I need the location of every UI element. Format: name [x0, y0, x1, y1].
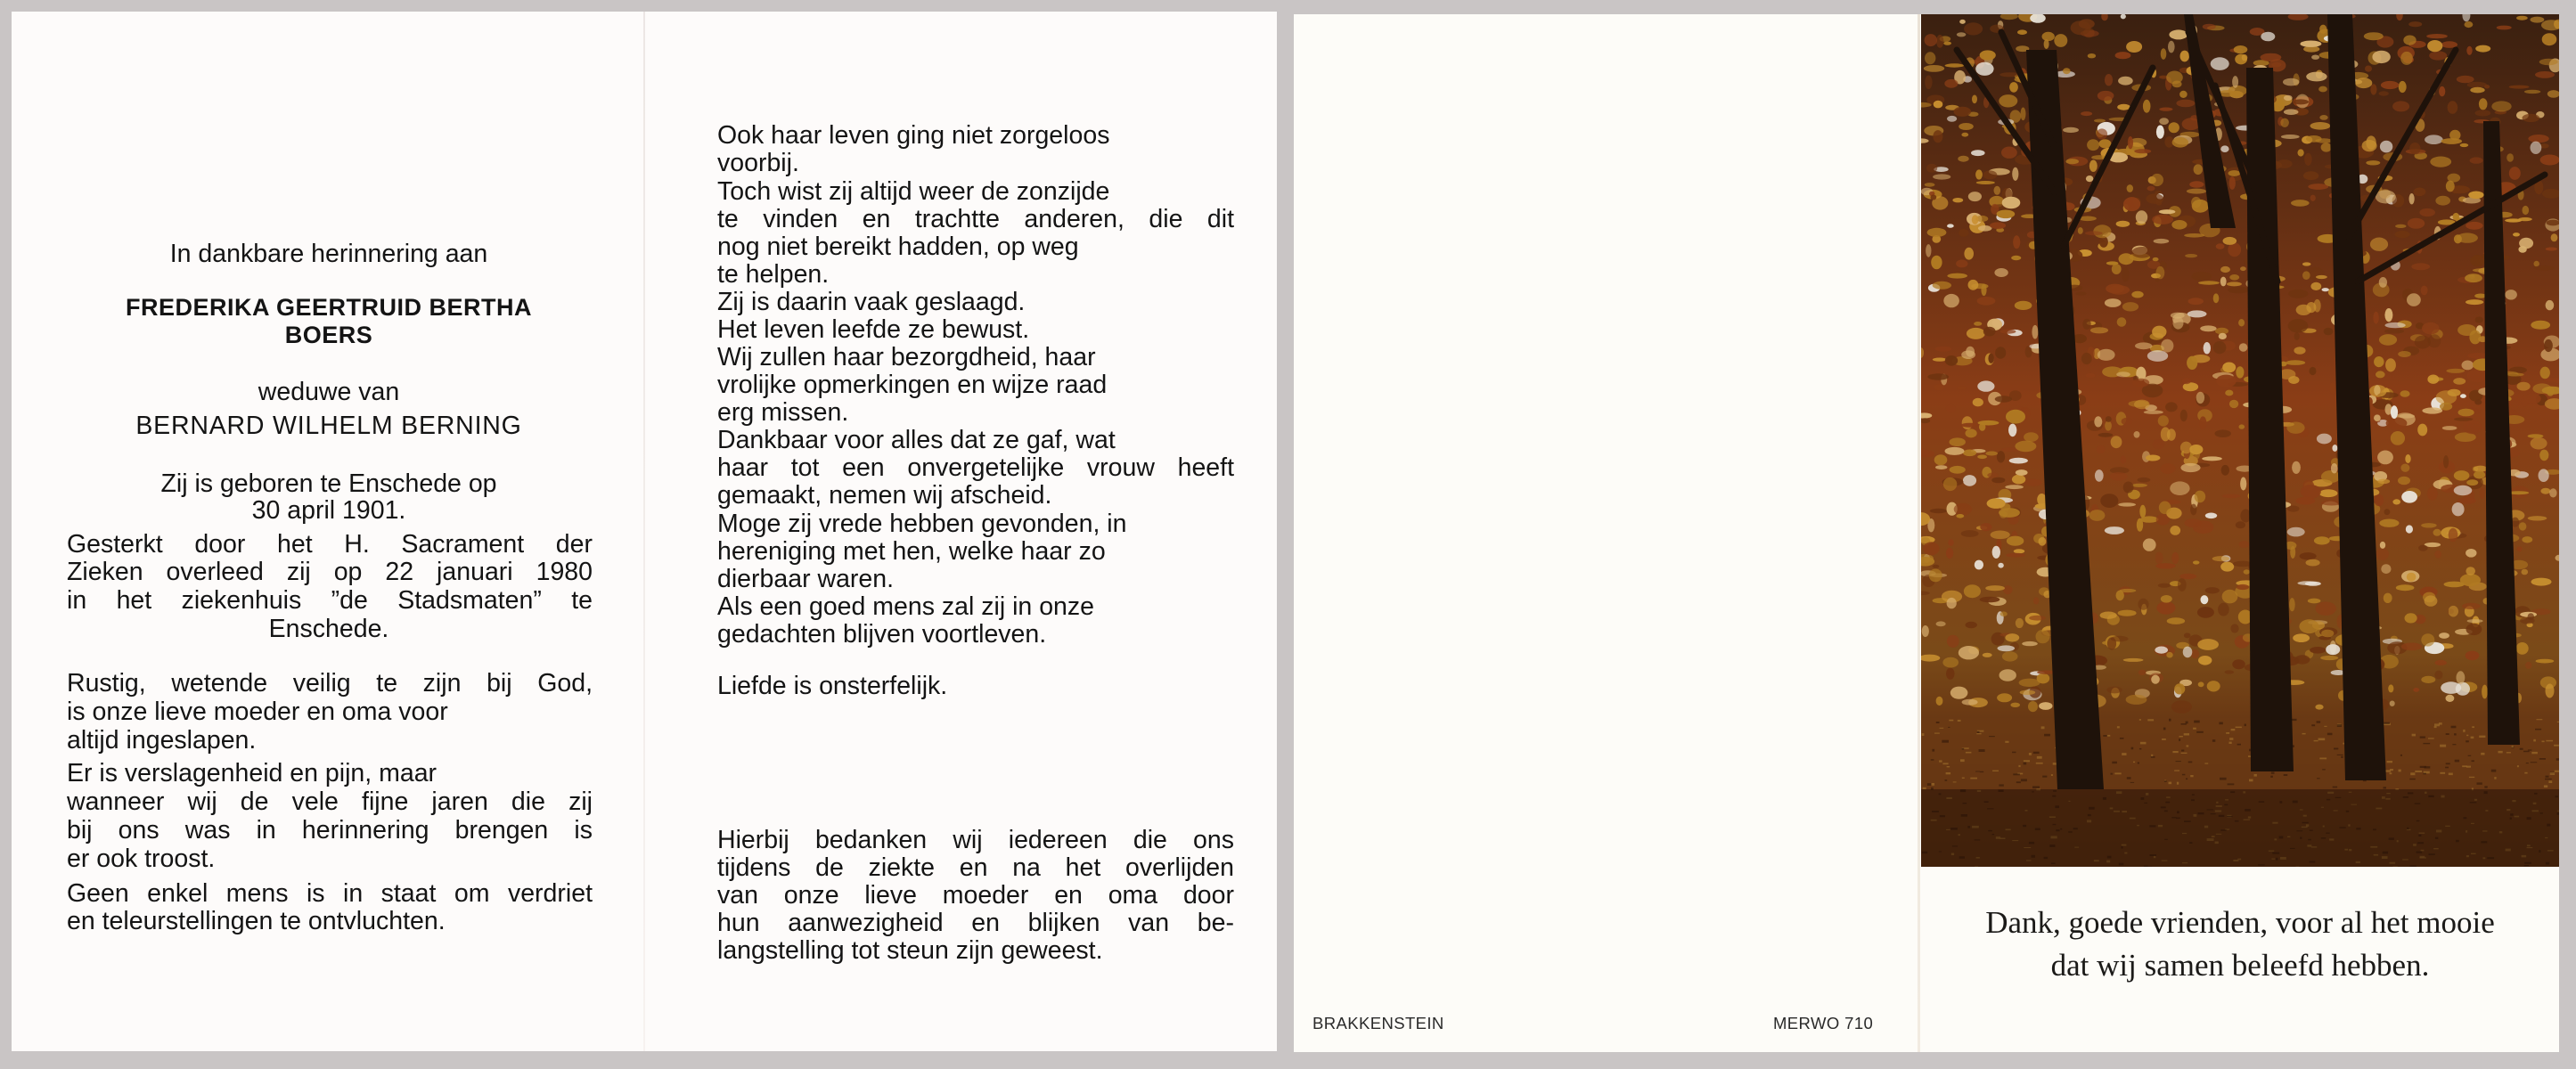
- death-line: Zieken overleed zij op 22 januari 1980: [67, 558, 593, 586]
- tribute-line: gedachten blijven voortleven.: [717, 620, 1046, 649]
- spouse-name: BERNARD WILHELM BERNING: [67, 412, 591, 440]
- closing-line: Geen enkel mens is in staat om verdriet: [67, 879, 593, 908]
- tribute-line: voorbij.: [717, 149, 799, 177]
- tribute-line: Ook haar leven ging niet zorgeloos: [717, 121, 1109, 150]
- tribute-line: nog niet bereikt hadden, op weg: [717, 233, 1079, 261]
- caption-line-1: Dank, goede vrienden, voor al het mooie: [1921, 903, 2559, 943]
- tribute-line: haar tot een onvergetelijke vrouw heeft: [717, 453, 1234, 482]
- grief-line: er ook troost.: [67, 845, 215, 873]
- rest-line: is onze lieve moeder en oma voor: [67, 698, 448, 726]
- autumn-forest-photo: [1921, 14, 2559, 867]
- closing-line: en teleurstellingen te ontvluchten.: [67, 907, 446, 935]
- death-line: in het ziekenhuis ”de Stadsmaten” te: [67, 586, 593, 615]
- birth-line-1: Zij is geboren te Enschede op: [67, 469, 591, 498]
- tribute-line: te vinden en trachtte anderen, die dit: [717, 205, 1234, 233]
- tribute-line: gemaakt, nemen wij afscheid.: [717, 481, 1051, 510]
- forest-image: [1921, 14, 2559, 867]
- thanks-line: hun aanwezigheid en blijken van be-: [717, 909, 1234, 937]
- thanks-line: Hierbij bedanken wij iedereen die ons: [717, 826, 1234, 854]
- series-code-label: MERWO 710: [1773, 1014, 1873, 1033]
- death-line: Enschede.: [67, 615, 591, 643]
- tribute-line: Het leven leefde ze bewust.: [717, 315, 1029, 344]
- tribute-line: hereniging met hen, welke haar zo: [717, 537, 1106, 566]
- deceased-name-line-2: BOERS: [67, 321, 591, 349]
- memorial-card-outside: BRAKKENSTEIN MERWO 710 Dank, goede vrien…: [1294, 14, 2559, 1052]
- thanks-line: langstelling tot steun zijn geweest.: [717, 936, 1103, 965]
- tribute-line: dierbaar waren.: [717, 565, 894, 593]
- fold-line: [1918, 14, 1920, 1052]
- grief-line: Er is verslagenheid en pijn, maar: [67, 759, 437, 787]
- tribute-line: Moge zij vrede hebben gevonden, in: [717, 510, 1127, 538]
- deceased-name-line-1: FREDERIKA GEERTRUID BERTHA: [67, 293, 591, 322]
- tribute-line: Wij zullen haar bezorgdheid, haar: [717, 343, 1096, 371]
- tribute-line: Als een goed mens zal zij in onze: [717, 592, 1094, 621]
- memorial-card-inside: In dankbare herinnering aan FREDERIKA GE…: [12, 12, 1277, 1051]
- rest-line: Rustig, wetende veilig te zijn bij God,: [67, 669, 593, 698]
- birth-date: 30 april 1901.: [67, 496, 591, 525]
- tribute-line: Zij is daarin vaak geslaagd.: [717, 288, 1025, 316]
- tribute-line: Toch wist zij altijd weer de zonzijde: [717, 177, 1109, 206]
- thanks-line: tijdens de ziekte en na het overlijden: [717, 853, 1234, 882]
- grief-line: wanneer wij de vele fijne jaren die zij: [67, 787, 593, 816]
- tribute-line: te helpen.: [717, 260, 829, 289]
- death-line: Gesterkt door het H. Sacrament der: [67, 530, 593, 559]
- widow-of-label: weduwe van: [67, 378, 591, 406]
- fold-line: [643, 12, 645, 1051]
- publisher-label: BRAKKENSTEIN: [1313, 1014, 1444, 1033]
- intro-text: In dankbare herinnering aan: [67, 240, 591, 268]
- caption-line-2: dat wij samen beleefd hebben.: [1921, 946, 2559, 985]
- tribute-line: Dankbaar voor alles dat ze gaf, wat: [717, 426, 1116, 454]
- motto: Liefde is onsterfelijk.: [717, 672, 947, 700]
- grief-line: bij ons was in herinnering brengen is: [67, 816, 593, 845]
- tribute-line: vrolijke opmerkingen en wijze raad: [717, 371, 1107, 399]
- thanks-line: van onze lieve moeder en oma door: [717, 881, 1234, 910]
- tribute-line: erg missen.: [717, 398, 848, 427]
- rest-line: altijd ingeslapen.: [67, 726, 256, 755]
